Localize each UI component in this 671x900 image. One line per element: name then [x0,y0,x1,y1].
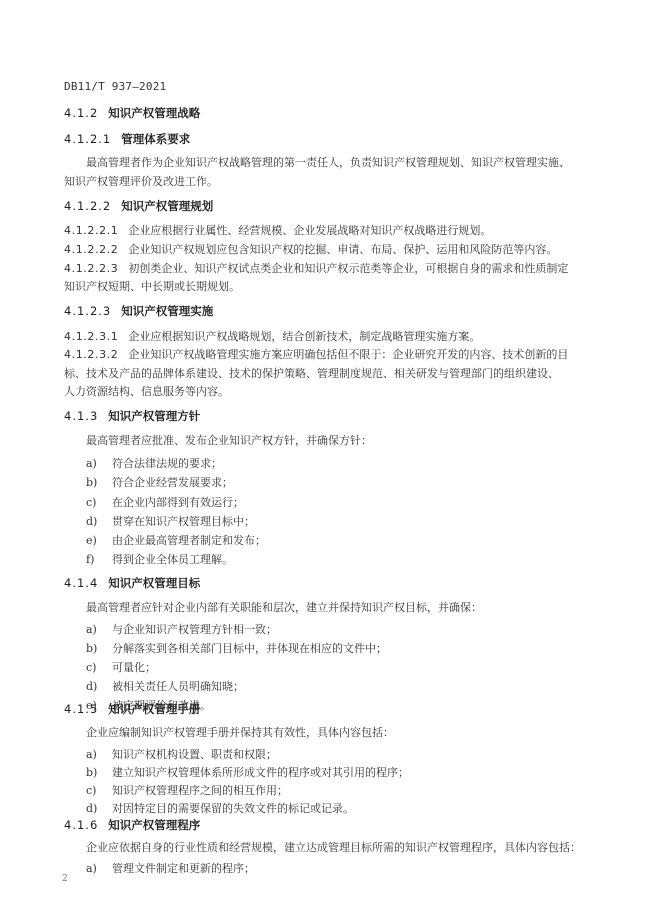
paragraph-intro: 最高管理者应针对企业内部有关职能和层次，建立并保持知识产权目标，并确保： [86,599,482,617]
paragraph-line: 人力资源结构、信息服务等内容。 [64,383,229,401]
list-item: a)知识产权机构设置、职责和权限； [86,746,277,762]
section-heading-4-1-6: 4.1.6知识产权管理程序 [64,817,200,833]
paragraph-line: 最高管理者作为企业知识产权战略管理的第一责任人，负责知识产权管理规划、知识产权管… [86,154,570,172]
paragraph-intro: 企业应编制知识产权管理手册并保持其有效性，具体内容包括： [86,724,394,742]
list-item: a)与企业知识产权管理方针相一致； [86,621,277,637]
list-item: d)被相关责任人员明确知晓； [86,678,244,694]
list-item: b)分解落实到各相关部门目标中，并体现在相应的文件中； [86,640,387,656]
list-item: c)知识产权管理程序之间的相互作用； [86,782,288,798]
paragraph-line: 知识产权管理评价及改进工作。 [64,173,218,191]
clause-4-1-2-3-1: 4.1.2.3.1企业应根据知识产权战略规划，结合创新技术，制定战略管理实施方案… [64,328,480,346]
paragraph-line: 标、技术及产品的品牌体系建设、技术的保护策略、管理制度规范、相关研发与管理部门的… [64,365,559,383]
paragraph-intro: 最高管理者应批准、发布企业知识产权方针，并确保方针： [86,432,372,450]
list-item: e)由企业最高管理者制定和发布； [86,532,266,548]
paragraph-intro: 企业应依据自身的行业性质和经营规模，建立达成管理目标所需的知识产权管理程序，具体… [86,839,581,857]
clause-4-1-2-2-3: 4.1.2.2.3初创类企业、知识产权试点类企业和知识产权示范类等企业，可根据自… [64,260,568,278]
list-item: c)在企业内部得到有效运行； [86,494,244,510]
section-heading-4-1-5: 4.1.5知识产权管理手册 [64,701,200,717]
list-item: c)可量化； [86,659,156,675]
list-item: d)对因特定目的需要保留的失效文件的标记或记录。 [86,800,354,816]
section-heading-4-1-2-1: 4.1.2.1管理体系要求 [64,131,190,147]
section-heading-4-1-2-2: 4.1.2.2知识产权管理规划 [64,198,213,214]
clause-4-1-2-2-1: 4.1.2.2.1企业应根据行业属性、经营规模、企业发展战略对知识产权战略进行规… [64,222,491,240]
list-item: a)符合法律法规的要求； [86,455,222,471]
paragraph-line: 知识产权短期、中长期或长期规划。 [64,278,240,296]
clause-4-1-2-3-2: 4.1.2.3.2企业知识产权战略管理实施方案应明确包括但不限于：企业研究开发的… [64,346,568,364]
section-heading-4-1-3: 4.1.3知识产权管理方针 [64,408,200,424]
section-heading-4-1-2-3: 4.1.2.3知识产权管理实施 [64,303,213,319]
list-item: b)符合企业经营发展要求； [86,474,233,490]
clause-4-1-2-2-2: 4.1.2.2.2企业知识产权规划应包含知识产权的挖掘、申请、布局、保护、运用和… [64,241,557,259]
section-heading-4-1-2: 4.1.2知识产权管理战略 [64,105,200,121]
list-item: f)得到企业全体员工理解。 [86,551,233,567]
standard-code: DB11/T 937—2021 [64,80,166,93]
list-item: b)建立知识产权管理体系所形成文件的程序或对其引用的程序； [86,764,409,780]
page-number: 2 [62,874,68,884]
list-item: d)贯穿在知识产权管理目标中； [86,513,255,529]
list-item: a)管理文件制定和更新的程序； [86,860,255,876]
section-heading-4-1-4: 4.1.4知识产权管理目标 [64,575,200,591]
